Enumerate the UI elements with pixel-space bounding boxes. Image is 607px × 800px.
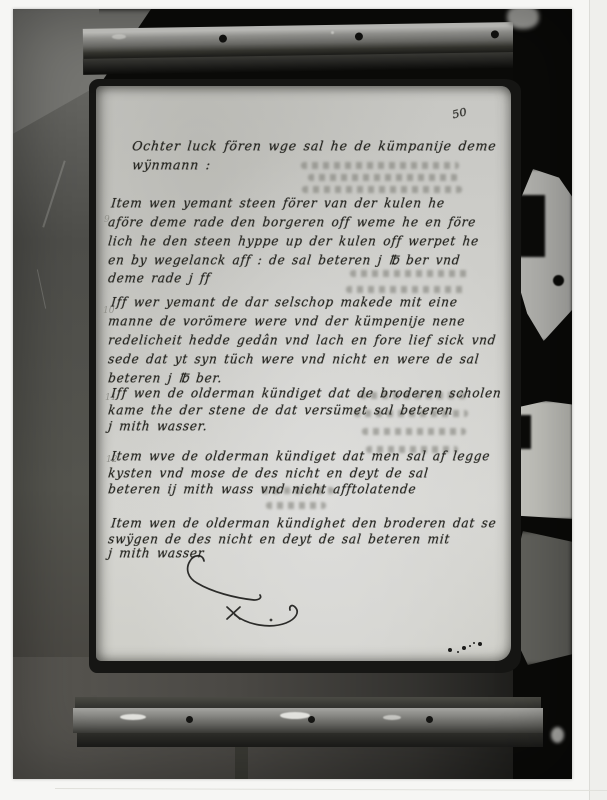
screw-hole: [308, 716, 315, 723]
folio-number: 50: [451, 104, 469, 121]
scanned-photo-sheet: 50 Ochter luck fören wge sal he de kümpa…: [0, 0, 607, 800]
bleed-through-text: [266, 502, 326, 509]
bleed-through-text: [302, 186, 462, 193]
photo-paper-edge: [55, 788, 607, 791]
manuscript-text-line: kysten vnd mose de des nicht en deyt de …: [107, 466, 429, 481]
screw-hole: [355, 32, 363, 40]
pen-flourish: [182, 552, 317, 634]
stand-leg: [235, 747, 248, 779]
manuscript-text-line: Item wve de olderman kündiget dat men sa…: [110, 449, 491, 464]
manuscript-text-line: beteren j ℔ ber.: [107, 371, 223, 386]
manuscript-page: 50 Ochter luck fören wge sal he de kümpa…: [96, 86, 511, 661]
manuscript-text-line: deme rade j ff: [107, 271, 211, 286]
manuscript-text-line: beteren ij mith wass vnd nicht afftolate…: [107, 482, 417, 497]
heading-line: wÿnmann :: [131, 158, 211, 173]
screw-hole: [426, 716, 433, 723]
rail-scuff: [383, 715, 401, 720]
rail-bar: [75, 697, 541, 708]
manuscript-text-line: Iff wen de olderman kündiget dat de brod…: [110, 386, 502, 401]
manuscript-text-line: j mith wasser.: [107, 419, 208, 434]
rail-highlight: [551, 727, 564, 743]
rail-bar: [73, 708, 543, 733]
screw-hole: [491, 30, 499, 38]
manuscript-text-line: redelicheit hedde gedân vnd lach en fore…: [107, 333, 497, 348]
manuscript-text-line: swÿgen de des nicht en deyt de sal beter…: [107, 532, 450, 547]
ink-spots: [448, 648, 452, 652]
manuscript-text-line: en by wegelanck aff : de sal beteren j ℔…: [107, 253, 461, 268]
manuscript-text-line: Item wen yemant steen förer van der kule…: [110, 196, 445, 211]
rail-bar: [77, 733, 543, 747]
background-objects: [513, 9, 572, 779]
scanner-bed-strip: [589, 0, 607, 800]
background-shape-notch: [519, 195, 545, 257]
bleed-through-text: [350, 270, 468, 277]
manuscript-page-block: 50 Ochter luck fören wge sal he de kümpa…: [89, 79, 521, 673]
manuscript-text-line: Iff wer yemant de dar selschop makede mi…: [110, 295, 458, 310]
manuscript-text-line: aföre deme rade den borgeren off weme he…: [107, 215, 477, 230]
bw-photograph: 50 Ochter luck fören wge sal he de kümpa…: [13, 9, 572, 779]
manuscript-text-line: sede dat yt syn tüch were vnd nicht en w…: [107, 352, 480, 367]
bleed-through-text: [362, 428, 466, 435]
manuscript-text-line: kame the der stene de dat versümet sal b…: [107, 403, 454, 418]
rail-scuff: [112, 34, 126, 39]
rail-scuff: [280, 712, 310, 719]
manuscript-text-line: lich he den steen hyppe up der kulen off…: [107, 234, 479, 249]
screw-hole: [186, 716, 193, 723]
bleed-through-text: [308, 174, 458, 181]
manuscript-text-line: Item wen de olderman kündighet den brode…: [110, 516, 497, 531]
bleed-through-text: [346, 286, 466, 293]
screw-hole: [219, 35, 227, 43]
heading-line: Ochter luck fören wge sal he de kümpanij…: [131, 139, 497, 154]
stand-bottom-rail: [73, 689, 543, 779]
background-shape-dot: [553, 275, 564, 286]
background-shape-blob: [507, 9, 539, 29]
manuscript-text-line: manne de vorömere were vnd der kümpenije…: [107, 314, 466, 329]
bleed-through-text: [301, 162, 459, 169]
rail-scuff: [120, 714, 146, 720]
dust-speck: [331, 31, 334, 34]
